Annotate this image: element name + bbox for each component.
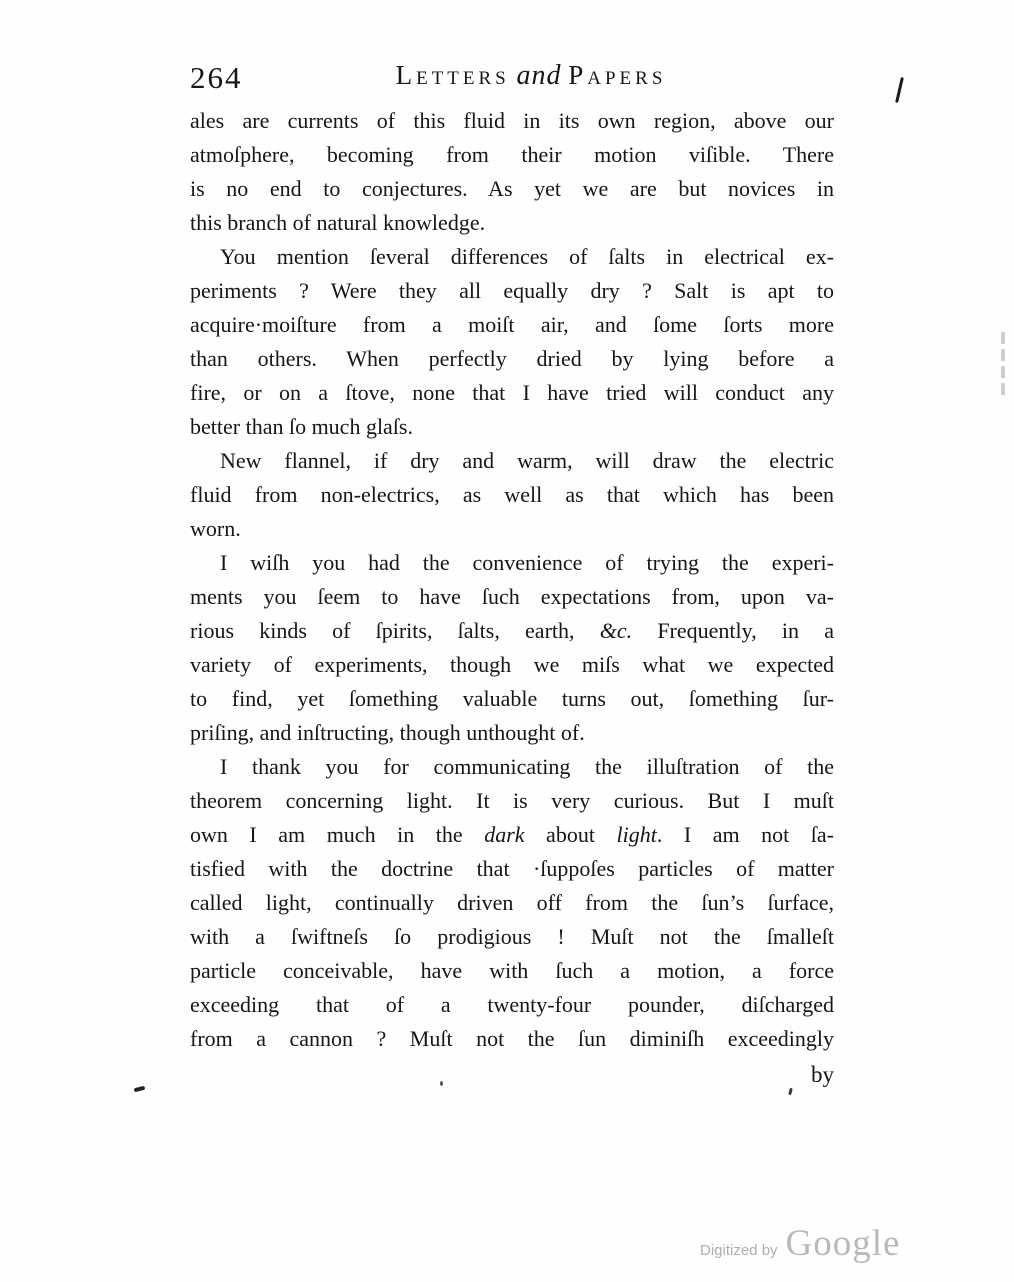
text-segment: You mention ſeveral differences of ſalts…	[220, 244, 834, 269]
text-segment: exceeding that of a twenty-four pounder,…	[190, 992, 834, 1017]
italic-text-segment: &c.	[600, 618, 632, 643]
text-line: tisfied with the doctrine that ·ſuppoſes…	[190, 852, 834, 886]
running-title-conjunction: and	[517, 60, 562, 91]
text-segment: variety of experiments, though we miſs w…	[190, 652, 834, 677]
text-segment: acquire·moiſture from a moiſt air, and ſ…	[190, 312, 834, 337]
text-segment: better than ſo much glaſs.	[190, 414, 413, 439]
text-segment: Frequently, in a	[632, 618, 834, 643]
text-line: New flannel, if dry and warm, will draw …	[190, 444, 834, 478]
text-line: is no end to conjectures. As yet we are …	[190, 172, 834, 206]
text-line: fire, or on a ſtove, none that I have tr…	[190, 376, 834, 410]
text-segment: fluid from non-electrics, as well as tha…	[190, 482, 834, 507]
text-segment: own I am much in the	[190, 822, 484, 847]
text-line: this branch of natural knowledge.	[190, 206, 834, 240]
text-segment: this branch of natural knowledge.	[190, 210, 485, 235]
text-segment: is no end to conjectures. As yet we are …	[190, 176, 834, 201]
text-line: worn.	[190, 512, 834, 546]
text-segment: about	[525, 822, 617, 847]
text-segment: called light, continually driven off fro…	[190, 890, 834, 915]
text-line: I thank you for communicating the illuſt…	[190, 750, 834, 784]
scan-artifact-speck	[440, 1081, 443, 1086]
scan-artifact-stray-slash	[895, 77, 904, 103]
catchword: by	[190, 1058, 834, 1092]
text-line: exceeding that of a twenty-four pounder,…	[190, 988, 834, 1022]
text-segment: periments ? Were they all equally dry ? …	[190, 278, 834, 303]
text-segment: from a cannon ? Muſt not the ſun diminiſ…	[190, 1026, 834, 1051]
scan-artifact-bottom-dash	[134, 1086, 146, 1093]
italic-text-segment: dark	[484, 822, 524, 847]
text-segment: ments you ſeem to have ſuch expectations…	[190, 584, 834, 609]
text-segment: particle conceivable, have with ſuch a m…	[190, 958, 834, 983]
text-line: I wiſh you had the convenience of trying…	[190, 546, 834, 580]
text-segment: . I am not ſa-	[657, 822, 834, 847]
text-segment: priſing, and inſtructing, though unthoug…	[190, 720, 585, 745]
text-line: ments you ſeem to have ſuch expectations…	[190, 580, 834, 614]
text-line: particle conceivable, have with ſuch a m…	[190, 954, 834, 988]
text-line: rious kinds of ſpirits, ſalts, earth, &c…	[190, 614, 834, 648]
text-segment: I wiſh you had the convenience of trying…	[220, 550, 834, 575]
text-line: with a ſwiftneſs ſo prodigious ! Muſt no…	[190, 920, 834, 954]
text-segment: than others. When perfectly dried by lyi…	[190, 346, 834, 371]
text-line: ales are currents of this fluid in its o…	[190, 104, 834, 138]
text-segment: to find, yet ſomething valuable turns ou…	[190, 686, 834, 711]
text-segment: worn.	[190, 516, 241, 541]
text-line: to find, yet ſomething valuable turns ou…	[190, 682, 834, 716]
text-line: variety of experiments, though we miſs w…	[190, 648, 834, 682]
running-title: Letters and Papers	[230, 60, 832, 92]
text-segment: ales are currents of this fluid in its o…	[190, 108, 834, 133]
text-line: called light, continually driven off fro…	[190, 886, 834, 920]
text-line: You mention ſeveral differences of ſalts…	[190, 240, 834, 274]
text-line: priſing, and inſtructing, though unthoug…	[190, 716, 834, 750]
text-segment: theorem concerning light. It is very cur…	[190, 788, 834, 813]
page-header: 264 Letters and Papers	[190, 54, 832, 102]
scan-artifact-edge-dashes	[1001, 332, 1005, 396]
text-segment: tisfied with the doctrine that ·ſuppoſes…	[190, 856, 834, 881]
text-line: theorem concerning light. It is very cur…	[190, 784, 834, 818]
text-segment: I thank you for communicating the illuſt…	[220, 754, 834, 779]
text-line: periments ? Were they all equally dry ? …	[190, 274, 834, 308]
text-line: better than ſo much glaſs.	[190, 410, 834, 444]
google-logo: Google	[786, 1222, 901, 1265]
digitized-by-label: Digitized by	[700, 1242, 778, 1259]
digitized-watermark: Digitized by Google	[700, 1222, 930, 1265]
italic-text-segment: light	[616, 822, 656, 847]
text-line: from a cannon ? Muſt not the ſun diminiſ…	[190, 1022, 834, 1056]
book-page: 264 Letters and Papers ales are currents…	[0, 0, 1014, 1282]
text-line: atmoſphere, becoming from their motion v…	[190, 138, 834, 172]
text-line: acquire·moiſture from a moiſt air, and ſ…	[190, 308, 834, 342]
text-segment: rious kinds of ſpirits, ſalts, earth,	[190, 618, 600, 643]
text-segment: atmoſphere, becoming from their motion v…	[190, 142, 834, 167]
body-text: ales are currents of this fluid in its o…	[190, 104, 834, 1056]
text-segment: with a ſwiftneſs ſo prodigious ! Muſt no…	[190, 924, 834, 949]
text-line: own I am much in the dark about light. I…	[190, 818, 834, 852]
text-segment: fire, or on a ſtove, none that I have tr…	[190, 380, 834, 405]
running-title-left: Letters	[396, 60, 510, 90]
running-title-right: Papers	[568, 60, 666, 90]
text-segment: New flannel, if dry and warm, will draw …	[220, 448, 834, 473]
text-line: fluid from non-electrics, as well as tha…	[190, 478, 834, 512]
text-line: than others. When perfectly dried by lyi…	[190, 342, 834, 376]
